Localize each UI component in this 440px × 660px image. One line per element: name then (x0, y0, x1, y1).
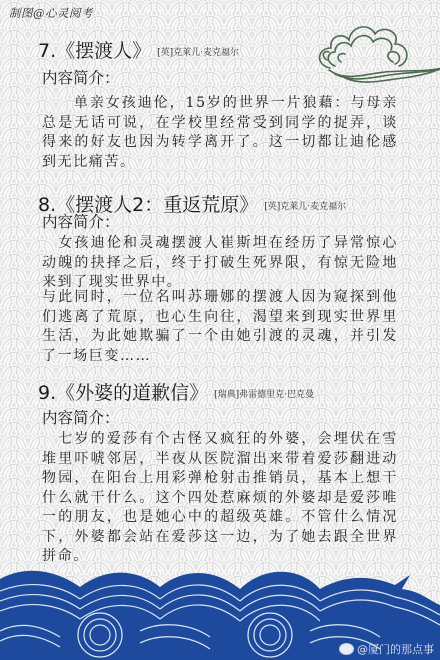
book-7-heading: 7.《摆渡人》[英]克莱儿·麦克福尔 (38, 36, 239, 63)
watermark-text: @厦门的那点事 (357, 641, 434, 657)
weibo-logo-icon (339, 643, 354, 655)
book-author: [英]克莱儿·麦克福尔 (157, 48, 239, 58)
book-number: 7. (38, 40, 56, 62)
book-7-summary: 单亲女孩迪伦，15岁的世界一片狼藉：与母亲总是无话可说，在学校里经常受到同学的捉… (42, 94, 398, 172)
book-9-summary: 七岁的爱莎有个古怪又疯狂的外婆，会埋伏在雪堆里吓唬邻居，半夜从医院溜出来带着爱莎… (42, 430, 398, 567)
book-author: [瑞典]弗雷德里克·巴克曼 (214, 390, 314, 400)
book-author: [英]克莱儿·麦克福尔 (264, 202, 346, 212)
image-credit: 制图@心灵阅考 (9, 5, 93, 21)
book-9-intro-label: 内容简介： (42, 406, 120, 428)
book-8-summary-part-2: 与此同时，一位名叫苏珊娜的摆渡人因为窥探到他们逃离了荒原，也心生向往，渴望来到现… (42, 288, 398, 366)
book-8-summary-part-1: 女孩迪伦和灵魂摆渡人崔斯坦在经历了异常惊心动魄的抉择之后，终于打破生死界限，有惊… (42, 234, 398, 293)
book-9-heading: 9.《外婆的道歉信》[瑞典]弗雷德里克·巴克曼 (38, 378, 314, 405)
book-number: 9. (38, 382, 56, 404)
book-8-intro-label: 内容简介： (42, 210, 120, 232)
weibo-watermark: @厦门的那点事 (339, 641, 434, 657)
book-title: 《摆渡人》 (56, 40, 151, 62)
book-7-intro-label: 内容简介： (42, 66, 120, 88)
book-title: 《外婆的道歉信》 (56, 382, 208, 404)
document-page: 制图@心灵阅考 7.《摆渡人》[英]克莱儿·麦克福尔 内容简介： 单亲女孩迪伦，… (0, 0, 440, 660)
